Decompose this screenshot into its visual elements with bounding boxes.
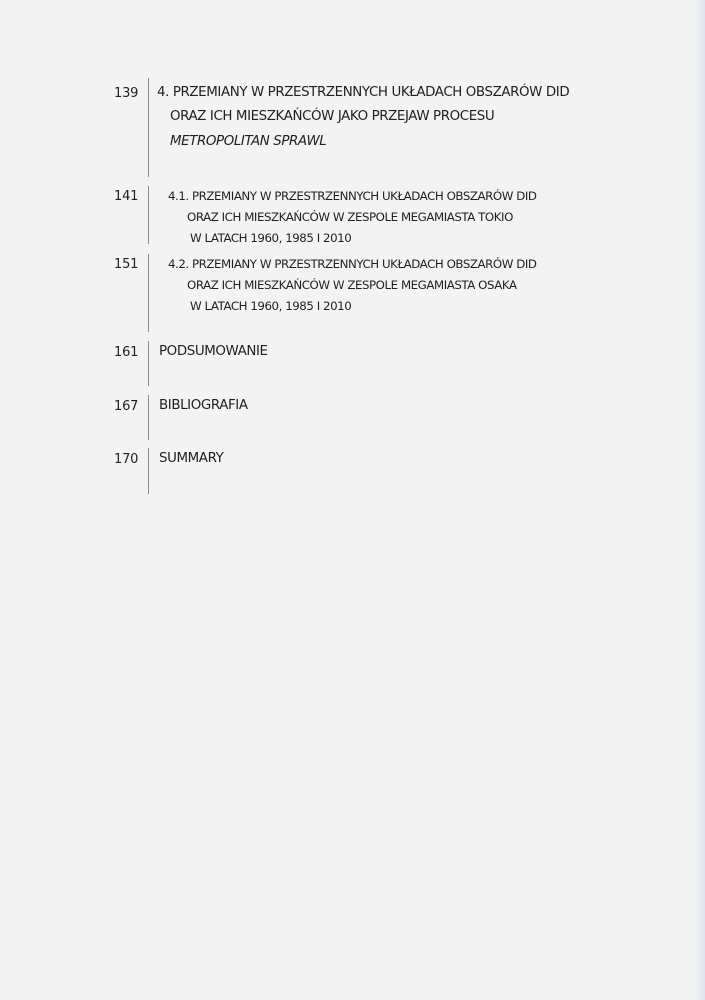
divider-rule (148, 448, 149, 494)
toc-entry-title: ORAZ ICH MIESZKAŃCÓW JAKO PRZEJAW PROCES… (170, 109, 494, 124)
divider-rule (148, 254, 149, 332)
toc-entry-title: 4.1. PRZEMIANY W PRZESTRZENNYCH UKŁADACH… (168, 189, 537, 203)
toc-entry-title: PODSUMOWANIE (159, 344, 268, 359)
page-number: 139 (114, 86, 140, 101)
toc-entry-title: 4.2. PRZEMIANY W PRZESTRZENNYCH UKŁADACH… (168, 257, 537, 271)
page-number: 151 (114, 257, 140, 272)
page-number: 141 (114, 189, 140, 204)
toc-entry-title: SUMMARY (159, 451, 223, 466)
toc-entry-title: 4. PRZEMIANY W PRZESTRZENNYCH UKŁADACH O… (157, 85, 569, 100)
toc-entry-title: W LATACH 1960, 1985 I 2010 (190, 231, 351, 245)
divider-rule (148, 341, 149, 386)
divider-rule (148, 186, 149, 244)
toc-entry-title: BIBLIOGRAFIA (159, 398, 248, 413)
page-number: 167 (114, 399, 140, 414)
toc-entry-title: ORAZ ICH MIESZKAŃCÓW W ZESPOLE MEGAMIAST… (187, 210, 513, 224)
page-edge-shadow (697, 0, 705, 1000)
divider-rule (148, 78, 149, 177)
toc-entry-title: ORAZ ICH MIESZKAŃCÓW W ZESPOLE MEGAMIAST… (187, 278, 517, 292)
page-number: 170 (114, 452, 140, 467)
toc-entry-title: W LATACH 1960, 1985 I 2010 (190, 299, 351, 313)
page-number: 161 (114, 345, 140, 360)
toc-entry-title: METROPOLITAN SPRAWL (170, 134, 326, 149)
divider-rule (148, 395, 149, 440)
